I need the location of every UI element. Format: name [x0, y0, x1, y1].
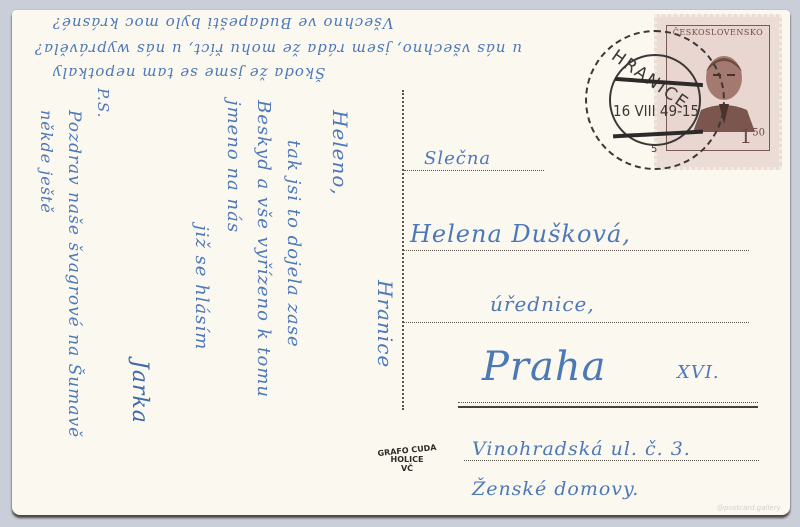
- address-line-5: [464, 460, 759, 461]
- address-name: Helena Dušková,: [410, 220, 631, 248]
- publisher-imprint: GRAFO CUDA HOLICE VČ: [362, 446, 452, 473]
- address-salutation: Slečna: [424, 148, 491, 169]
- watermark: @postcard.gallery: [717, 504, 781, 512]
- address-street: Vinohradská ul. č. 3.: [472, 438, 691, 460]
- message-line-1: tak jsi to dojela zase: [283, 140, 304, 348]
- postmark-date: 16 VIII 49-15: [613, 102, 699, 120]
- message-line-3: jmeno na nás: [223, 100, 244, 233]
- address-district: XVI.: [677, 362, 720, 383]
- message-line-4: již se hlásím: [191, 225, 212, 350]
- address-occupation: úřednice,: [490, 292, 595, 316]
- postcard: Všechno ve Budapešti bylo moc krásné? u …: [12, 10, 790, 515]
- postmark: HRANICE 16 VIII 49-15 5: [585, 30, 725, 170]
- address-line-2: [404, 250, 749, 251]
- address-building: Ženské domovy.: [472, 478, 639, 500]
- stamp-value: 150: [740, 124, 765, 148]
- ps-line-2: někde ještě: [37, 110, 56, 214]
- address-line-1: [404, 170, 544, 171]
- message-top-line-2: u nás všechno, jsem ráda že mohu říct, u…: [34, 40, 522, 58]
- address-line-4: [458, 402, 758, 403]
- message-line-2: Beskyd a vše vyřízeno k tomu: [253, 100, 274, 398]
- postmark-suffix: 5: [651, 144, 657, 155]
- message-top-line-3: Škoda že jsme se tam nepotkaly: [52, 64, 325, 82]
- ps-line-1: Pozdrav naše švagrové na Šumavě: [64, 110, 84, 438]
- message-top-line-1: Všechno ve Budapešti bylo moc krásné?: [52, 14, 394, 32]
- address-line-3: [404, 322, 749, 323]
- address-underline: [458, 406, 758, 408]
- ps-label: P.S.: [94, 88, 112, 118]
- signature: Jarka: [127, 360, 152, 424]
- address-city: Praha: [482, 344, 607, 390]
- sender-place: Hranice: [373, 280, 397, 368]
- message-salutation: Heleno,: [328, 110, 352, 196]
